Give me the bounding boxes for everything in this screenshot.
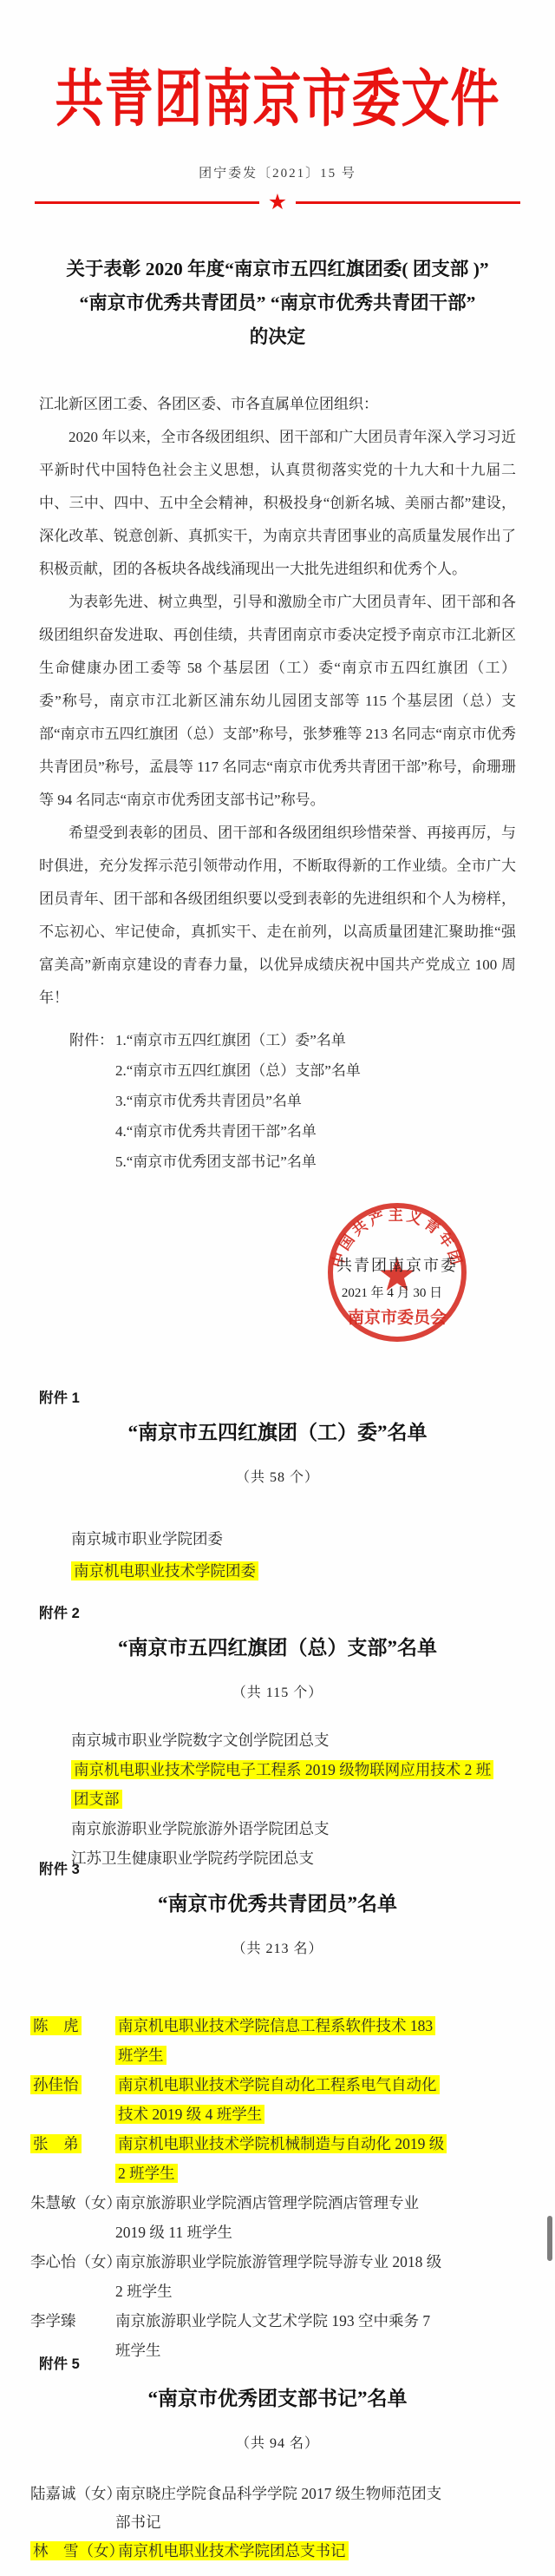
org-list-item: 团支部 (30, 1784, 555, 1814)
document-title-line: 关于表彰 2020 年度“南京市五四红旗团委( 团支部 )” (17, 253, 538, 286)
person-description: 南京旅游职业学院旅游管理学院导游专业 2018 级2 班学生 (115, 2247, 555, 2306)
person-name: 李心怡（女） (30, 2247, 115, 2306)
attachment-section-count: （共 115 个） (0, 1684, 555, 1703)
document-title-line: “南京市优秀共青团员” “南京市优秀共青团干部” (17, 286, 538, 320)
org-list-item: 南京旅游职业学院旅游外语学院团总支 (30, 1814, 555, 1843)
attachment-section-label: 附件 3 (39, 1860, 555, 1879)
attachment-item: 4.“南京市优秀共青团干部”名单 (115, 1116, 516, 1147)
document-title: 关于表彰 2020 年度“南京市五四红旗团委( 团支部 )” “南京市优秀共青团… (17, 253, 538, 354)
person-description: 南京机电职业技术学院信息工程系软件技术 183班学生 (115, 2011, 555, 2070)
signature-date: 2021 年 4 月 30 日 (317, 1283, 467, 1301)
attachment-section-label: 附件 2 (39, 1604, 555, 1623)
attachment-section-rows: 南京城市职业学院团委南京机电职业技术学院团委 (30, 1523, 555, 1587)
attachment-section-rows: 南京城市职业学院数字文创学院团总支南京机电职业技术学院电子工程系 2019 级物… (30, 1725, 555, 1873)
attachment-section-2: 附件 2 “南京市五四红旗团（总）支部”名单 （共 115 个） 南京城市职业学… (0, 1604, 555, 1873)
attachment-section-title: “南京市五四红旗团（总）支部”名单 (0, 1635, 555, 1661)
person-description: 南京机电职业技术学院自动化工程系电气自动化技术 2019 级 4 班学生 (115, 2070, 555, 2129)
attachment-item: 5.“南京市优秀团支部书记”名单 (115, 1147, 516, 1177)
person-row: 陆嘉诚（女）南京晓庄学院食品科学学院 2017 级生物师范团支部书记 (30, 2480, 555, 2537)
attachment-section-title: “南京市优秀团支部书记”名单 (0, 2386, 555, 2412)
person-description: 南京机电职业技术学院团总支书记 (115, 2537, 555, 2566)
document-number: 团宁委发〔2021〕15 号 (0, 163, 555, 181)
attachment-section-3: 附件 3 “南京市优秀共青团员”名单 （共 213 名） 陈 虎南京机电职业技术… (0, 1860, 555, 2365)
person-name: 陈 虎 (30, 2011, 115, 2070)
signature-org: 共青团南京市委 (323, 1253, 472, 1276)
body-paragraph: 希望受到表彰的团员、团干部和各级团组织珍惜荣誉、再接再厉，与时俱进，充分发挥示范… (39, 817, 516, 1015)
person-description: 南京旅游职业学院酒店管理学院酒店管理专业2019 级 11 班学生 (115, 2188, 555, 2247)
person-row: 陈 虎南京机电职业技术学院信息工程系软件技术 183班学生 (30, 2011, 555, 2070)
person-row: 孙佳怡南京机电职业技术学院自动化工程系电气自动化技术 2019 级 4 班学生 (30, 2070, 555, 2129)
attachment-section-count: （共 213 名） (0, 1940, 555, 1959)
person-name: 孙佳怡 (30, 2070, 115, 2129)
attachment-section-rows: 陈 虎南京机电职业技术学院信息工程系软件技术 183班学生孙佳怡南京机电职业技术… (30, 2011, 555, 2365)
org-list-item: 南京机电职业技术学院团委 (30, 1555, 555, 1587)
letterhead-title: 共青团南京市委文件 (0, 50, 555, 139)
attachment-section-5: 附件 5 “南京市优秀团支部书记”名单 （共 94 名） 陆嘉诚（女）南京晓庄学… (0, 2355, 555, 2566)
person-row: 林 雪（女）南京机电职业技术学院团总支书记 (30, 2537, 555, 2566)
document-page: 共青团南京市委文件 团宁委发〔2021〕15 号 ★ 关于表彰 2020 年度“… (0, 0, 555, 2576)
document-body: 江北新区团工委、各团区委、市各直属单位团组织： 2020 年以来，全市各级团组织… (39, 388, 516, 1177)
star-icon: ★ (268, 192, 287, 214)
red-divider: ★ (35, 189, 520, 215)
org-list-item: 南京机电职业技术学院电子工程系 2019 级物联网应用技术 2 班 (30, 1755, 555, 1784)
attachments-label: 附件： (69, 1025, 114, 1055)
seal-bottom-text: 南京市委员会 (348, 1307, 447, 1327)
attachment-item: 3.“南京市优秀共青团员”名单 (115, 1086, 516, 1116)
attachment-section-count: （共 58 个） (0, 1469, 555, 1488)
attachment-section-label: 附件 1 (39, 1389, 555, 1408)
attachment-item: 2.“南京市五四红旗团（总）支部”名单 (115, 1055, 516, 1086)
org-list-item: 南京城市职业学院团委 (30, 1523, 555, 1555)
person-description: 南京晓庄学院食品科学学院 2017 级生物师范团支部书记 (115, 2480, 555, 2537)
attachment-section-count: （共 94 名） (0, 2435, 555, 2454)
divider-line-right (296, 201, 520, 204)
person-row: 张 弟南京机电职业技术学院机械制造与自动化 2019 级2 班学生 (30, 2129, 555, 2188)
body-paragraph: 为表彰先进、树立典型，引导和激励全市广大团员青年、团干部和各级团组织奋发进取、再… (39, 586, 516, 817)
person-name: 朱慧敏（女） (30, 2188, 115, 2247)
attachment-section-title: “南京市五四红旗团（工）委”名单 (0, 1420, 555, 1446)
org-list-item: 南京城市职业学院数字文创学院团总支 (30, 1725, 555, 1755)
scrollbar-thumb[interactable] (547, 2216, 552, 2261)
attachment-item: 1.“南京市五四红旗团（工）委”名单 (115, 1025, 516, 1055)
attachments-list: 附件： 1.“南京市五四红旗团（工）委”名单2.“南京市五四红旗团（总）支部”名… (39, 1025, 516, 1177)
attachment-section-label: 附件 5 (39, 2355, 555, 2374)
person-row: 李心怡（女）南京旅游职业学院旅游管理学院导游专业 2018 级2 班学生 (30, 2247, 555, 2306)
attachment-section-title: “南京市优秀共青团员”名单 (0, 1891, 555, 1917)
person-name: 陆嘉诚（女） (30, 2480, 115, 2537)
person-description: 南京机电职业技术学院机械制造与自动化 2019 级2 班学生 (115, 2129, 555, 2188)
attachment-section-1: 附件 1 “南京市五四红旗团（工）委”名单 （共 58 个） 南京城市职业学院团… (0, 1389, 555, 1587)
divider-line-left (35, 201, 259, 204)
document-title-line: 的决定 (17, 320, 538, 354)
body-paragraph: 2020 年以来，全市各级团组织、团干部和广大团员青年深入学习习近平新时代中国特… (39, 421, 516, 586)
salutation: 江北新区团工委、各团区委、市各直属单位团组织： (39, 388, 516, 421)
attachment-section-rows: 陆嘉诚（女）南京晓庄学院食品科学学院 2017 级生物师范团支部书记林 雪（女）… (30, 2480, 555, 2566)
person-name: 张 弟 (30, 2129, 115, 2188)
person-name: 林 雪（女） (30, 2537, 115, 2566)
attachments-items: 1.“南京市五四红旗团（工）委”名单2.“南京市五四红旗团（总）支部”名单3.“… (115, 1025, 516, 1177)
person-row: 朱慧敏（女）南京旅游职业学院酒店管理学院酒店管理专业2019 级 11 班学生 (30, 2188, 555, 2247)
